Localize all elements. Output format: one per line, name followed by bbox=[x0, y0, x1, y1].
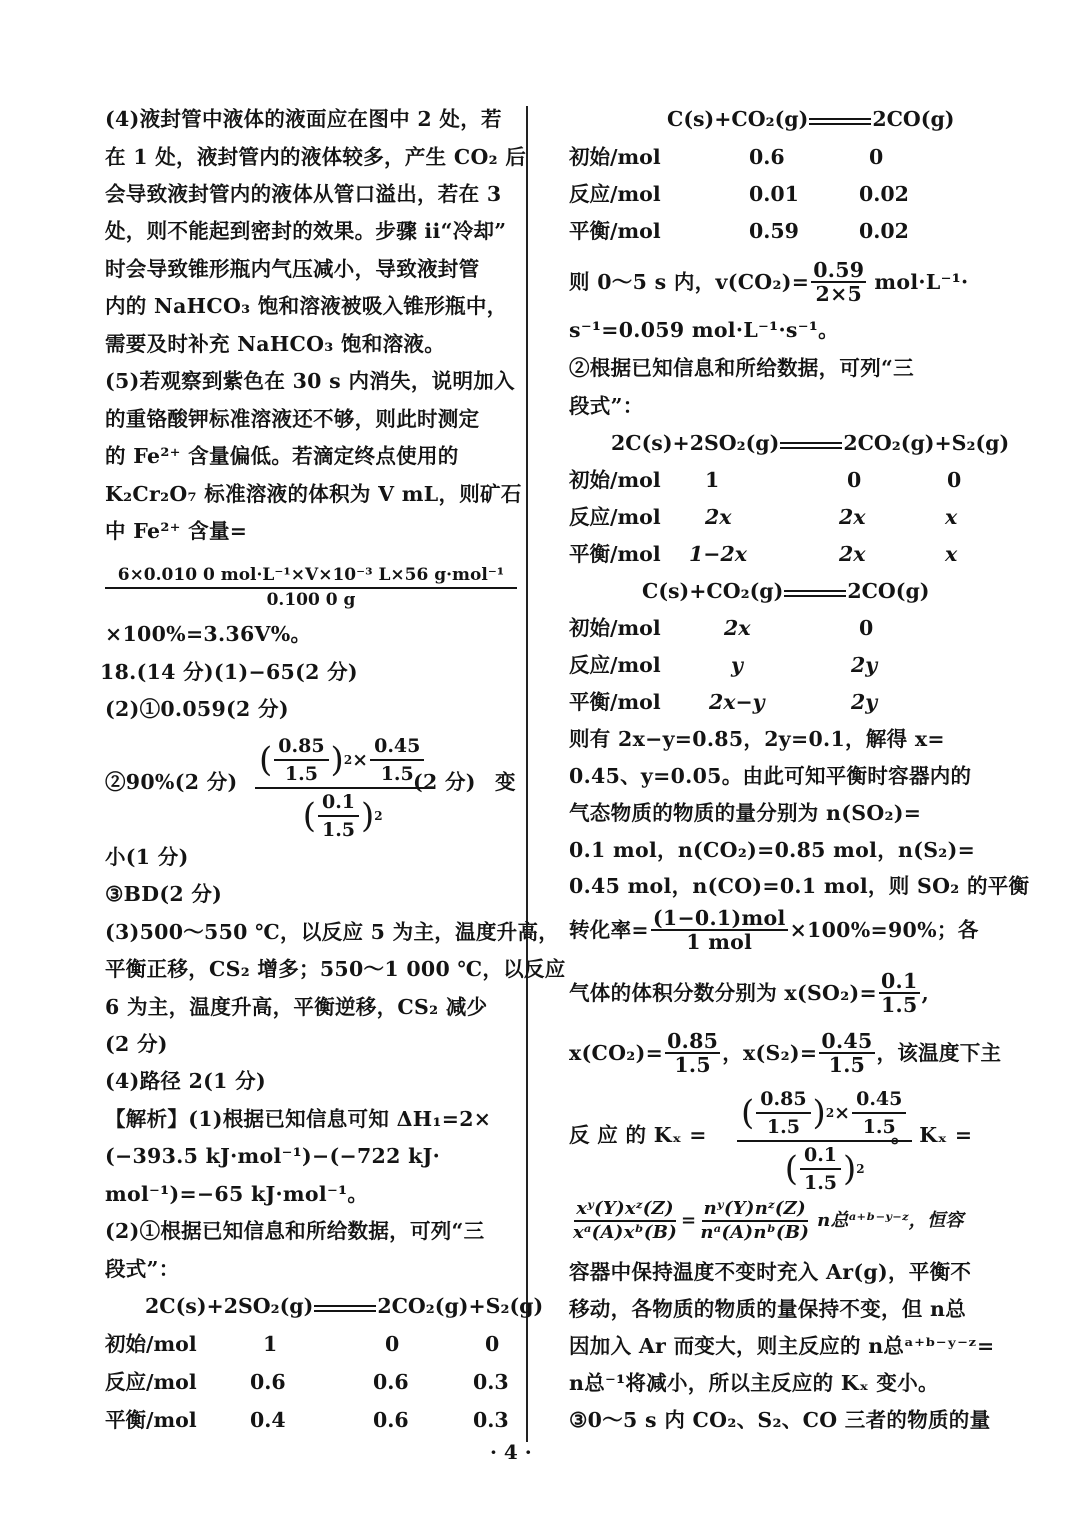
volume-fraction-line: 气体的体积分数分别为 x(SO₂)= 0.11.5 , bbox=[569, 968, 929, 1018]
column-divider bbox=[526, 106, 528, 1442]
table-row: 反应/mol y 2y bbox=[569, 653, 979, 677]
table-row: 初始/mol 1 0 0 bbox=[105, 1332, 517, 1356]
equilibrium-arrow-icon bbox=[314, 1303, 376, 1313]
text-line: s⁻¹=0.059 mol·L⁻¹·s⁻¹。 bbox=[569, 318, 839, 342]
analysis-line: (−393.5 kJ·mol⁻¹)−(−722 kJ· bbox=[105, 1144, 440, 1168]
table-row: 初始/mol 1 0 0 bbox=[569, 468, 979, 492]
question-18-header: 18.(14 分)(1)−65(2 分) bbox=[100, 660, 358, 684]
kx-expression: ( 0.851.5 )2 × 0.451.5 ( 0.11.5 )2 bbox=[737, 1088, 912, 1194]
text-line: 处，则不能起到密封的效果。步骤 ii“冷却” bbox=[105, 219, 506, 243]
reaction-equation: 2C(s)+2SO₂(g)2CO₂(g)+S₂(g) bbox=[145, 1294, 543, 1318]
rate-equation: 则 0～5 s 内，v(CO₂)= 0.592×5 mol·L⁻¹· bbox=[569, 257, 968, 307]
general-kx-formula: xʸ(Y)xᶻ(Z)xᵃ(A)xᵇ(B) = nʸ(Y)nᶻ(Z)nᵃ(A)nᵇ… bbox=[569, 1196, 964, 1246]
analysis-line: 段式”： bbox=[105, 1257, 180, 1281]
fraction-numerator: 6×0.010 0 mol·L⁻¹×V×10⁻³ L×56 g·mol⁻¹ bbox=[105, 565, 517, 589]
reaction-equation: C(s)+CO₂(g)2CO(g) bbox=[642, 579, 930, 603]
text-line: 段式”： bbox=[569, 394, 644, 418]
text-line: 中 Fe²⁺ 含量= bbox=[105, 519, 247, 543]
text-line: (5)若观察到紫色在 30 s 内消失，说明加入 bbox=[105, 369, 515, 393]
table-row: 初始/mol 0.6 0 bbox=[569, 145, 979, 169]
answer-2-2-score: (2 分) bbox=[413, 770, 476, 794]
table-row: 反应/mol 2x 2x x bbox=[569, 505, 979, 529]
text-line: 则有 2x−y=0.85，2y=0.1，解得 x= bbox=[569, 727, 945, 751]
text-line: ②根据已知信息和所给数据，可列“三 bbox=[569, 356, 914, 380]
text-line: 的 Fe²⁺ 含量偏低。若滴定终点使用的 bbox=[105, 444, 459, 468]
reaction-equation: 2C(s)+2SO₂(g)2CO₂(g)+S₂(g) bbox=[611, 431, 1009, 455]
text-line: 气态物质的物质的量分别为 n(SO₂)= bbox=[569, 801, 921, 825]
table-row: 初始/mol 2x 0 bbox=[569, 616, 979, 640]
answer-2-2-change-cont: 小(1 分) bbox=[105, 845, 189, 869]
text-line: (3)500～550 ℃，以反应 5 为主，温度升高， bbox=[105, 920, 559, 944]
table-row: 平衡/mol 2x−y 2y bbox=[569, 690, 979, 714]
answer-2-3: ③BD(2 分) bbox=[105, 882, 222, 906]
table-row: 平衡/mol 0.59 0.02 bbox=[569, 219, 979, 243]
text-line: 内的 NaHCO₃ 饱和溶液被吸入锥形瓶中， bbox=[105, 294, 507, 318]
text-line: 需要及时补充 NaHCO₃ 饱和溶液。 bbox=[105, 332, 445, 356]
text-line: ③0～5 s 内 CO₂、S₂、CO 三者的物质的量 bbox=[569, 1408, 990, 1432]
text-line: 因加入 Ar 而变大，则主反应的 n总ᵃ⁺ᵇ⁻ʸ⁻ᶻ= bbox=[569, 1334, 994, 1358]
volume-fraction-line: x(CO₂)= 0.851.5 ，x(S₂)= 0.451.5 ，该温度下主 bbox=[569, 1028, 1001, 1078]
answer-2-2-change: 变 bbox=[495, 770, 516, 794]
answer-2-1: (2)①0.059(2 分) bbox=[105, 697, 289, 721]
table-row: 平衡/mol 0.4 0.6 0.3 bbox=[105, 1408, 517, 1432]
answer-4: (4)路径 2(1 分) bbox=[105, 1069, 266, 1093]
text-line: n总⁻¹将减小，所以主反应的 Kₓ 变小。 bbox=[569, 1371, 939, 1395]
table-row: 反应/mol 0.01 0.02 bbox=[569, 182, 979, 206]
text-line: ×100%=3.36V%。 bbox=[105, 622, 311, 646]
fe-content-fraction: 6×0.010 0 mol·L⁻¹×V×10⁻³ L×56 g·mol⁻¹ 0.… bbox=[105, 565, 517, 610]
equilibrium-arrow-icon bbox=[809, 116, 871, 126]
text-line: (4)液封管中液体的液面应在图中 2 处，若 bbox=[105, 107, 502, 131]
table-row: 平衡/mol 1−2x 2x x bbox=[569, 542, 979, 566]
text-line: 的重铬酸钾标准溶液还不够，则此时测定 bbox=[105, 407, 479, 431]
kx-answer-expression: ( 0.851.5 )2 × 0.451.5 ( 0.11.5 )2 bbox=[255, 735, 430, 841]
fraction-denominator: 0.100 0 g bbox=[105, 589, 517, 610]
text-line: 0.45 mol，n(CO)=0.1 mol，则 SO₂ 的平衡 bbox=[569, 874, 1029, 898]
conversion-rate: 转化率= (1−0.1)mol1 mol ×100%=90%；各 bbox=[569, 905, 979, 955]
answer-2-2-prefix: ②90%(2 分) bbox=[105, 770, 238, 794]
text-line: (2 分) bbox=[105, 1032, 168, 1056]
text-line: 6 为主，温度升高，平衡逆移，CS₂ 减少 bbox=[105, 995, 487, 1019]
kx-suffix: 。 Kₓ = bbox=[891, 1123, 972, 1147]
page-number: · 4 · bbox=[490, 1440, 532, 1464]
text-line: 0.45、y=0.05。由此可知平衡时容器内的 bbox=[569, 764, 971, 788]
equilibrium-arrow-icon bbox=[780, 440, 842, 450]
equilibrium-arrow-icon bbox=[784, 588, 846, 598]
text-line: 时会导致锥形瓶内气压减小，导致液封管 bbox=[105, 257, 479, 281]
text-line: 会导致液封管内的液体从管口溢出，若在 3 bbox=[105, 182, 501, 206]
analysis-line: (2)①根据已知信息和所给数据，可列“三 bbox=[105, 1219, 484, 1243]
analysis-line: 【解析】(1)根据已知信息可知 ΔH₁=2× bbox=[105, 1107, 491, 1131]
reaction-equation: C(s)+CO₂(g)2CO(g) bbox=[667, 107, 955, 131]
analysis-line: mol⁻¹)=−65 kJ·mol⁻¹。 bbox=[105, 1182, 368, 1206]
text-line: 0.1 mol，n(CO₂)=0.85 mol，n(S₂)= bbox=[569, 838, 975, 862]
kx-label: 反 应 的 Kₓ = bbox=[569, 1123, 707, 1147]
text-line: 平衡正移，CS₂ 增多；550～1 000 ℃，以反应 bbox=[105, 957, 566, 981]
table-row: 反应/mol 0.6 0.6 0.3 bbox=[105, 1370, 517, 1394]
text-line: 移动，各物质的物质的量保持不变，但 n总 bbox=[569, 1297, 966, 1321]
text-line: 容器中保持温度不变时充入 Ar(g)，平衡不 bbox=[569, 1260, 971, 1284]
text-line: K₂Cr₂O₇ 标准溶液的体积为 V mL，则矿石 bbox=[105, 482, 522, 506]
text-line: 在 1 处，液封管内的液体较多，产生 CO₂ 后 bbox=[105, 145, 526, 169]
